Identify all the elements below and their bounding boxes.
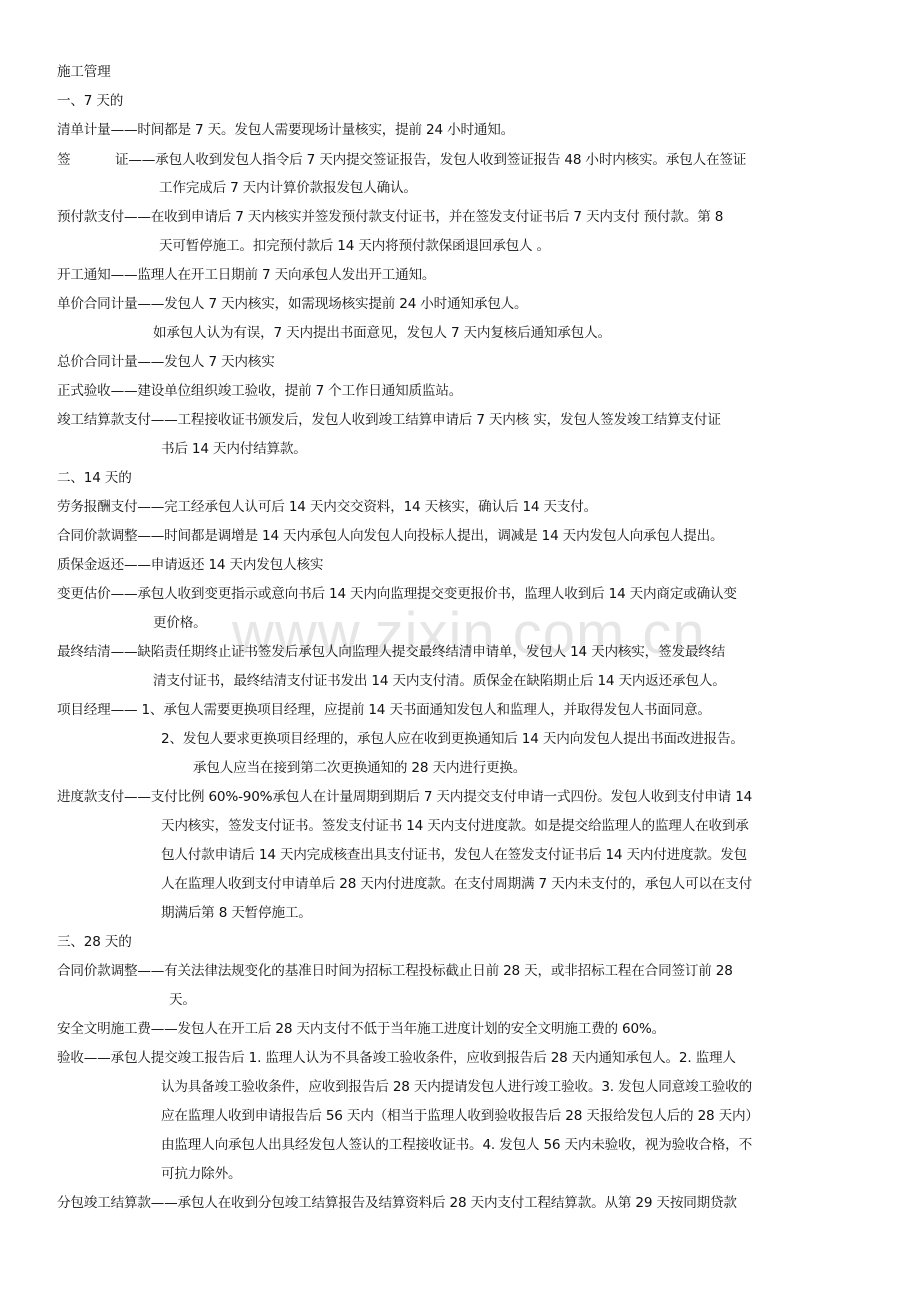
item-line: 分包竣工结算款——承包人在收到分包竣工结算报告及结算资料后 28 天内支付工程结… — [57, 1193, 737, 1213]
item-line: 清单计量——时间都是 7 天。发包人需要现场计量核实，提前 24 小时通知。 — [57, 120, 514, 140]
item-line-continued: 更价格。 — [153, 613, 207, 633]
item-line-continued: 包人付款申请后 14 天内完成核查出具支付证书，发包人在签发支付证书后 14 天… — [161, 845, 747, 865]
item-line-continued: 可抗力除外。 — [161, 1164, 241, 1184]
item-line: 签证——承包人收到发包人指令后 7 天内提交签证报告，发包人收到签证报告 48 … — [57, 150, 746, 170]
item-line: 变更估价——承包人收到变更指示或意向书后 14 天内向监理提交变更报价书，监理人… — [57, 584, 737, 604]
item-line: 开工通知——监理人在开工日期前 7 天向承包人发出开工通知。 — [57, 265, 435, 285]
item-line-continued: 清支付证书，最终结清支付证书发出 14 天内支付清。质保金在缺陷期止后 14 天… — [153, 671, 726, 691]
item-line-continued: 天。 — [169, 990, 196, 1010]
section-heading-14-days: 二、14 天的 — [57, 468, 132, 488]
item-line-continued: 2、发包人要求更换项目经理的，承包人应在收到更换通知后 14 天内向发包人提出书… — [161, 729, 744, 749]
item-line-continued: 工作完成后 7 天内计算价款报发包人确认。 — [159, 178, 417, 198]
document-page: www.zixin.com.cn 施工管理 一、7 天的 清单计量——时间都是 … — [0, 0, 920, 1302]
item-line-continued: 认为具备竣工验收条件，应收到报告后 28 天内提请发包人进行竣工验收。3. 发包… — [161, 1077, 752, 1097]
item-label: 签 — [57, 150, 115, 170]
item-line-continued: 天可暂停施工。扣完预付款后 14 天内将预付款保函退回承包人 。 — [159, 236, 550, 256]
section-heading-7-days: 一、7 天的 — [57, 91, 123, 111]
item-line: 合同价款调整——有关法律法规变化的基准日时间为招标工程投标截止日前 28 天，或… — [57, 961, 733, 981]
item-line: 安全文明施工费——发包人在开工后 28 天内支付不低于当年施工进度计划的安全文明… — [57, 1019, 665, 1039]
item-line: 总价合同计量——发包人 7 天内核实 — [57, 352, 275, 372]
item-line: 项目经理—— 1、承包人需要更换项目经理，应提前 14 天书面通知发包人和监理人… — [57, 700, 711, 720]
item-line-continued: 承包人应当在接到第二次更换通知的 28 天内进行更换。 — [193, 758, 526, 778]
item-line: 进度款支付——支付比例 60%-90%承包人在计量周期到期后 7 天内提交支付申… — [57, 787, 752, 807]
section-heading-28-days: 三、28 天的 — [57, 932, 132, 952]
item-line: 验收——承包人提交竣工报告后 1. 监理人认为不具备竣工验收条件，应收到报告后 … — [57, 1048, 736, 1068]
item-line-continued: 由监理人向承包人出具经发包人签认的工程接收证书。4. 发包人 56 天内未验收，… — [161, 1135, 752, 1155]
item-line: 质保金返还——申请返还 14 天内发包人核实 — [57, 555, 323, 575]
item-text: 证——承包人收到发包人指令后 7 天内提交签证报告，发包人收到签证报告 48 小… — [115, 152, 746, 168]
document-title: 施工管理 — [57, 62, 111, 82]
item-line-continued: 期满后第 8 天暂停施工。 — [161, 903, 312, 923]
item-line: 预付款支付——在收到申请后 7 天内核实并签发预付款支付证书，并在签发支付证书后… — [57, 207, 723, 227]
item-line: 劳务报酬支付——完工经承包人认可后 14 天内交交资料，14 天核实，确认后 1… — [57, 497, 597, 517]
item-line: 合同价款调整——时间都是调增是 14 天内承包人向发包人向投标人提出，调减是 1… — [57, 526, 723, 546]
item-line: 单价合同计量——发包人 7 天内核实，如需现场核实提前 24 小时通知承包人。 — [57, 294, 527, 314]
item-line-continued: 天内核实，签发支付证书。签发支付证书 14 天内支付进度款。如是提交给监理人的监… — [161, 816, 749, 836]
item-line-continued: 如承包人认为有误，7 天内提出书面意见，发包人 7 天内复核后通知承包人。 — [153, 323, 611, 343]
item-line-continued: 人在监理人收到支付申请单后 28 天内付进度款。在支付周期满 7 天内未支付的，… — [161, 874, 752, 894]
item-line: 竣工结算款支付——工程接收证书颁发后，发包人收到竣工结算申请后 7 天内核 实，… — [57, 410, 721, 430]
item-line-continued: 书后 14 天内付结算款。 — [161, 439, 307, 459]
item-line: 最终结清——缺陷责任期终止证书签发后承包人向监理人提交最终结清申请单，发包人 1… — [57, 642, 725, 662]
item-line: 正式验收——建设单位组织竣工验收，提前 7 个工作日通知质监站。 — [57, 381, 462, 401]
item-line-continued: 应在监理人收到申请报告后 56 天内（相当于监理人收到验收报告后 28 天报给发… — [161, 1106, 759, 1126]
